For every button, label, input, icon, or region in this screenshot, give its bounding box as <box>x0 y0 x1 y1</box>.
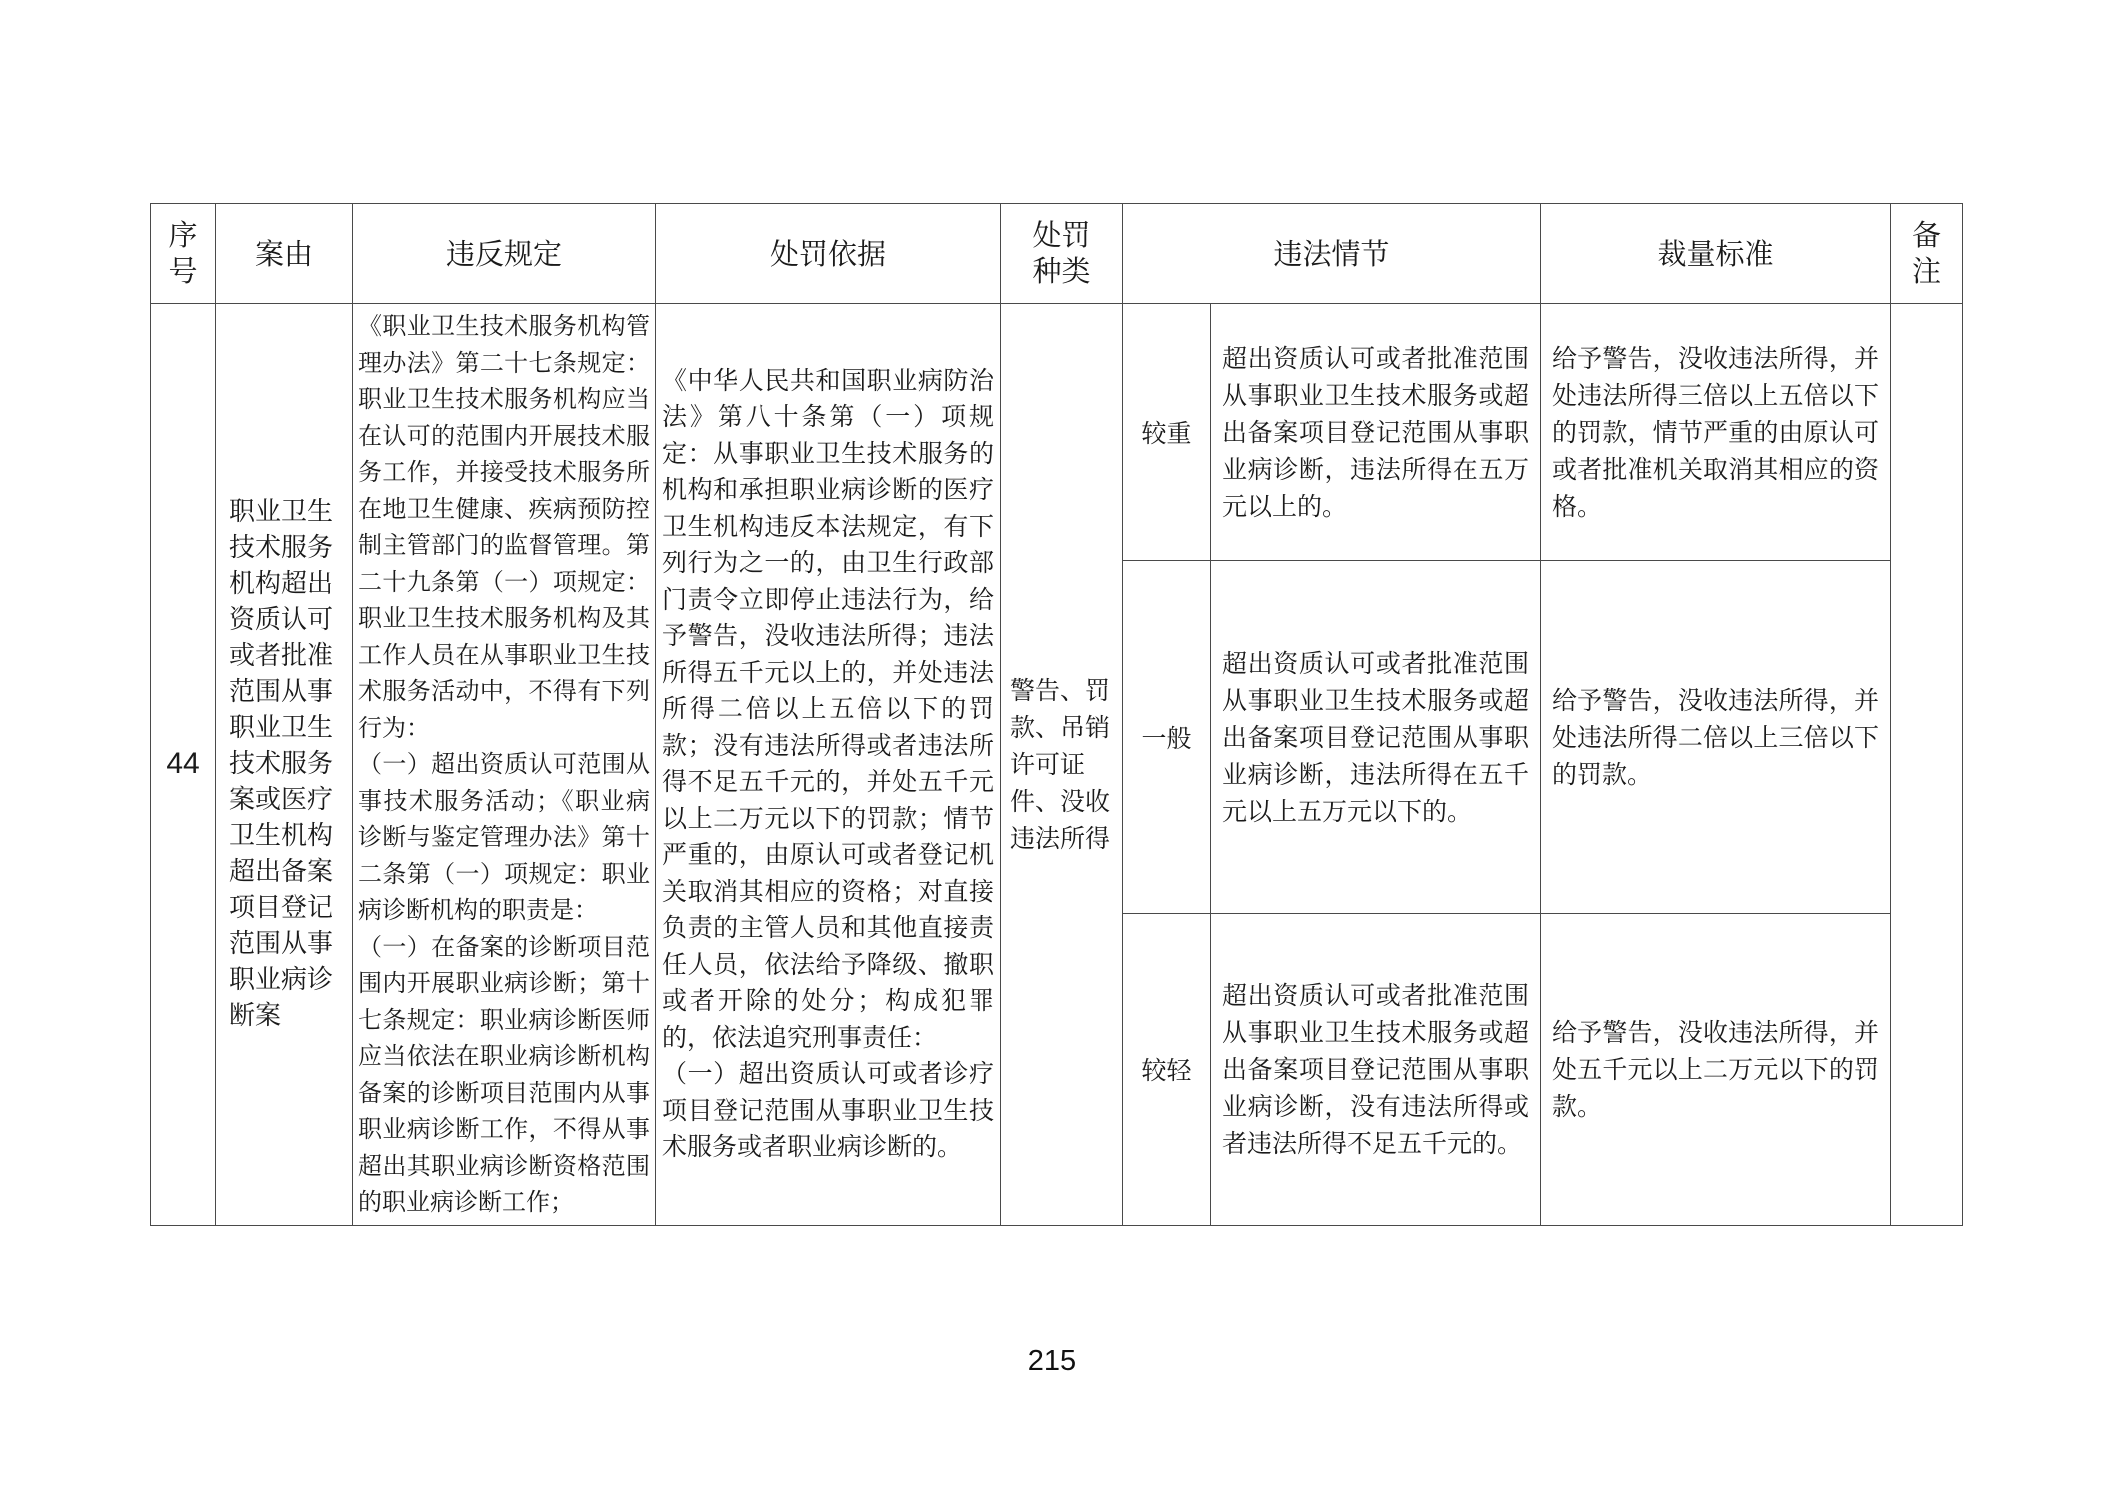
header-penalty-type-label: 处罚种类 <box>1030 217 1094 289</box>
cell-circumstance-general: 超出资质认可或者批准范围从事职业卫生技术服务或超出备案项目登记范围从事职业病诊断… <box>1211 561 1541 914</box>
cell-penalty-basis: 《中华人民共和国职业病防治法》第八十条第（一）项规定：从事职业卫生技术服务的机构… <box>656 304 1001 1226</box>
penalty-discretion-table: 序号 案由 违反规定 处罚依据 处罚种类 违法情节 裁量标准 备注 44 职业卫… <box>150 203 1963 1226</box>
cell-violated-regulation: 《职业卫生技术服务机构管理办法》第二十七条规定：职业卫生技术服务机构应当在认可的… <box>353 304 656 1226</box>
header-remark-label: 备注 <box>1911 217 1943 289</box>
cell-grade-general: 一般 <box>1123 561 1211 914</box>
header-remark: 备注 <box>1891 204 1963 304</box>
header-basis: 处罚依据 <box>656 204 1001 304</box>
header-penalty-type: 处罚种类 <box>1001 204 1123 304</box>
document-page: 序号 案由 违反规定 处罚依据 处罚种类 违法情节 裁量标准 备注 44 职业卫… <box>0 0 2104 1488</box>
header-index-label: 序号 <box>167 217 199 289</box>
cell-grade-minor: 较轻 <box>1123 914 1211 1225</box>
header-violated: 违反规定 <box>353 204 656 304</box>
header-index: 序号 <box>151 204 216 304</box>
header-circumstances-label: 违法情节 <box>1274 237 1390 271</box>
header-cause-label: 案由 <box>255 237 313 271</box>
cell-standard-minor: 给予警告，没收违法所得，并处五千元以上二万元以下的罚款。 <box>1541 914 1891 1225</box>
cell-remark <box>1891 304 1963 1226</box>
page-number: 215 <box>0 1345 2104 1378</box>
header-circumstances: 违法情节 <box>1123 204 1541 304</box>
severity-row-major: 44 职业卫生技术服务机构超出资质认可或者批准范围从事职业卫生技术服务案或医疗卫… <box>151 304 1963 561</box>
cell-grade-major: 较重 <box>1123 304 1211 561</box>
header-violated-label: 违反规定 <box>446 237 562 271</box>
table-header-row: 序号 案由 违反规定 处罚依据 处罚种类 违法情节 裁量标准 备注 <box>151 204 1963 304</box>
cell-standard-general: 给予警告，没收违法所得，并处违法所得二倍以上三倍以下的罚款。 <box>1541 561 1891 914</box>
header-cause: 案由 <box>216 204 353 304</box>
header-basis-label: 处罚依据 <box>770 237 886 271</box>
header-standard: 裁量标准 <box>1541 204 1891 304</box>
cell-circumstance-minor: 超出资质认可或者批准范围从事职业卫生技术服务或超出备案项目登记范围从事职业病诊断… <box>1211 914 1541 1225</box>
cell-cause: 职业卫生技术服务机构超出资质认可或者批准范围从事职业卫生技术服务案或医疗卫生机构… <box>216 304 353 1226</box>
cell-index: 44 <box>151 304 216 1226</box>
cell-standard-major: 给予警告，没收违法所得，并处违法所得三倍以上五倍以下的罚款，情节严重的由原认可或… <box>1541 304 1891 561</box>
cell-penalty-type: 警告、罚款、吊销许可证件、没收违法所得 <box>1001 304 1123 1226</box>
header-standard-label: 裁量标准 <box>1658 237 1774 271</box>
cell-circumstance-major: 超出资质认可或者批准范围从事职业卫生技术服务或超出备案项目登记范围从事职业病诊断… <box>1211 304 1541 561</box>
